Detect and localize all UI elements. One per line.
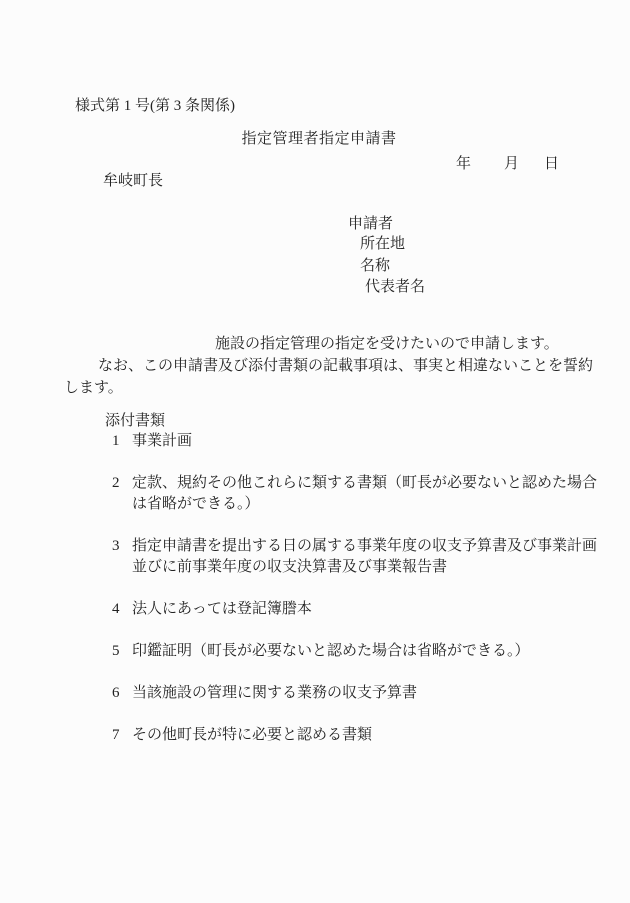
attachment-item-number: 2 — [112, 473, 120, 494]
date-day-label: 日 — [544, 154, 559, 175]
applicant-label: 申請者 — [348, 214, 393, 235]
attachment-item-text: 当該施設の管理に関する業務の収支予算書 — [132, 683, 597, 704]
attachment-item-text: 法人にあっては登記簿謄本 — [132, 599, 597, 620]
attachment-item-text: その他町長が特に必要と認める書類 — [132, 725, 597, 746]
form-number: 様式第 1 号(第 3 条関係) — [75, 96, 235, 117]
document-page: 様式第 1 号(第 3 条関係) 指定管理者指定申請書 年 月 日 牟岐町長 申… — [0, 0, 630, 903]
attachment-item-text: 定款、規約その他これらに類する書類（町長が必要ないと認めた場合 は省略ができる。… — [132, 473, 597, 515]
document-title: 指定管理者指定申請書 — [4, 129, 630, 150]
date-year-label: 年 — [456, 154, 471, 175]
applicant-field-address: 所在地 — [360, 234, 405, 255]
applicant-field-representative: 代表者名 — [365, 277, 425, 298]
attachment-item-number: 1 — [112, 431, 120, 452]
attachment-item-text: 事業計画 — [132, 431, 597, 452]
attachment-item-text: 印鑑証明（町長が必要ないと認めた場合は省略ができる。） — [132, 641, 597, 662]
addressee: 牟岐町長 — [103, 171, 163, 192]
attachment-item-number: 3 — [112, 536, 120, 557]
statement-line-2: なお、この申請書及び添付書類の記載事項は、事実と相違ないことを誓約 — [98, 356, 593, 377]
date-month-label: 月 — [504, 154, 519, 175]
attachment-item-text: 指定申請書を提出する日の属する事業年度の収支予算書及び事業計画 並びに前事業年度… — [132, 536, 597, 578]
attachment-item-number: 4 — [112, 599, 120, 620]
date-line: 年 月 日 — [0, 154, 630, 175]
attachment-item-number: 7 — [112, 725, 120, 746]
statement-line-1: 施設の指定管理の指定を受けたいので申請します。 — [215, 334, 559, 355]
statement-line-3: します。 — [64, 378, 123, 399]
applicant-field-name: 名称 — [360, 256, 390, 277]
attachment-item-number: 6 — [112, 683, 120, 704]
attachments-heading: 添付書類 — [105, 411, 165, 432]
attachment-item-number: 5 — [112, 641, 120, 662]
